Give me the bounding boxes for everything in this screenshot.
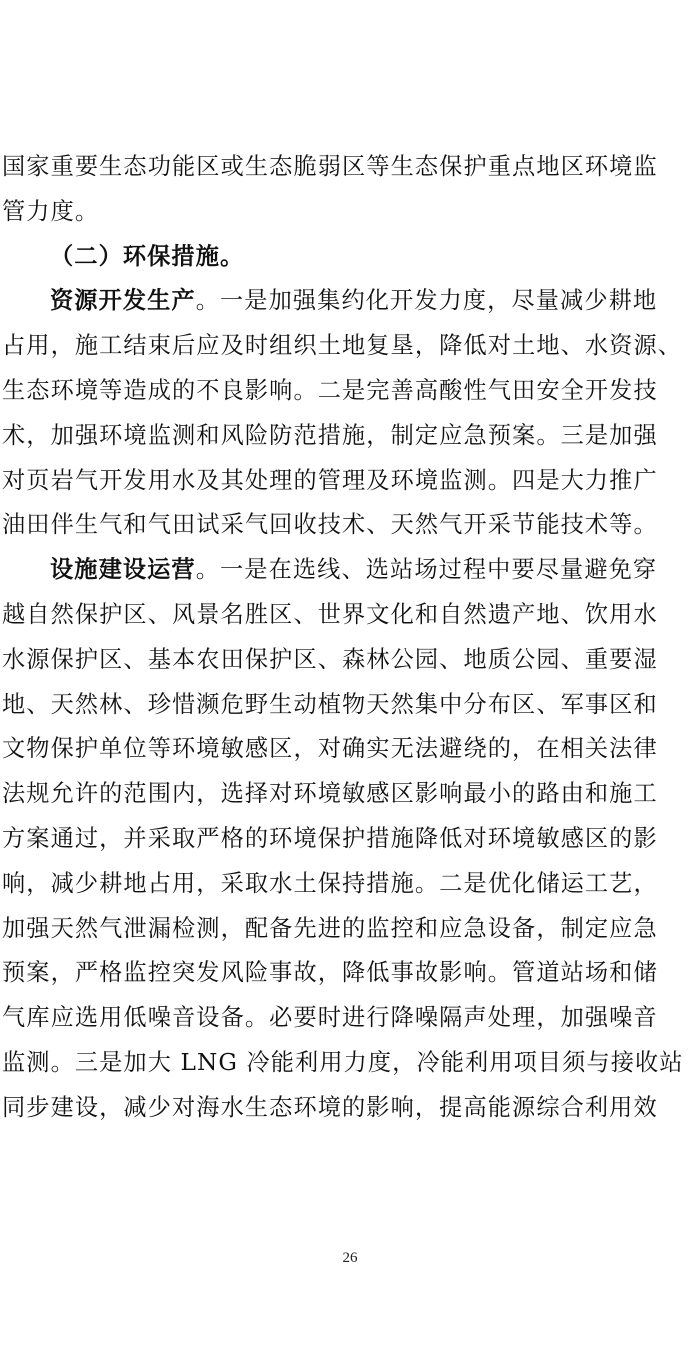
text-line: 生态环境等造成的不良影响。二是完善高酸性气田安全开发技 <box>2 369 698 414</box>
text-line: 国家重要生态功能区或生态脆弱区等生态保护重点地区环境监 <box>2 145 698 190</box>
paragraph-text: 。一是加强集约化开发力度，尽量减少耕地 <box>196 287 657 314</box>
text-line: 文物保护单位等环境敏感区，对确实无法避绕的，在相关法律 <box>2 727 698 772</box>
text-line: 法规允许的范围内，选择对环境敏感区影响最小的路由和施工 <box>2 772 698 817</box>
text-line: 水源保护区、基本农田保护区、森林公园、地质公园、重要湿 <box>2 638 698 683</box>
paragraph-text: 。一是在选线、选站场过程中要尽量避免穿 <box>196 556 657 583</box>
text-line: 油田伴生气和气田试采气回收技术、天然气开采节能技术等。 <box>2 503 698 548</box>
text-line: 方案通过，并采取严格的环境保护措施降低对环境敏感区的影 <box>2 817 698 862</box>
text-line: 同步建设，减少对海水生态环境的影响，提高能源综合利用效 <box>2 1086 698 1131</box>
text-line: 地、天然林、珍惜濒危野生动植物天然集中分布区、军事区和 <box>2 683 698 728</box>
text-line: 对页岩气开发用水及其处理的管理及环境监测。四是大力推广 <box>2 459 698 504</box>
page-number: 26 <box>0 1250 700 1267</box>
text-line: 监测。三是加大 LNG 冷能利用力度，冷能利用项目须与接收站 <box>2 1041 698 1086</box>
text-line: 越自然保护区、风景名胜区、世界文化和自然遗产地、饮用水 <box>2 593 698 638</box>
text-line: 管力度。 <box>2 190 698 235</box>
text-line: 术，加强环境监测和风险防范措施，制定应急预案。三是加强 <box>2 414 698 459</box>
text-line: 占用，施工结束后应及时组织土地复垦，降低对土地、水资源、 <box>2 324 698 369</box>
section-heading: （二）环保措施。 <box>2 235 698 280</box>
text-line: 预案，严格监控突发风险事故，降低事故影响。管道站场和储 <box>2 951 698 996</box>
body-text: 国家重要生态功能区或生态脆弱区等生态保护重点地区环境监 管力度。 （二）环保措施… <box>2 145 698 1131</box>
paragraph-lead: 资源开发生产 <box>50 287 196 314</box>
paragraph-lead: 设施建设运营 <box>50 556 196 583</box>
text-line: 加强天然气泄漏检测，配备先进的监控和应急设备，制定应急 <box>2 907 698 952</box>
paragraph-first-line: 资源开发生产。一是加强集约化开发力度，尽量减少耕地 <box>2 279 698 324</box>
document-page: 国家重要生态功能区或生态脆弱区等生态保护重点地区环境监 管力度。 （二）环保措施… <box>0 0 700 1358</box>
text-line: 响，减少耕地占用，采取水土保持措施。二是优化储运工艺， <box>2 862 698 907</box>
paragraph-first-line: 设施建设运营。一是在选线、选站场过程中要尽量避免穿 <box>2 548 698 593</box>
text-line: 气库应选用低噪音设备。必要时进行降噪隔声处理，加强噪音 <box>2 996 698 1041</box>
